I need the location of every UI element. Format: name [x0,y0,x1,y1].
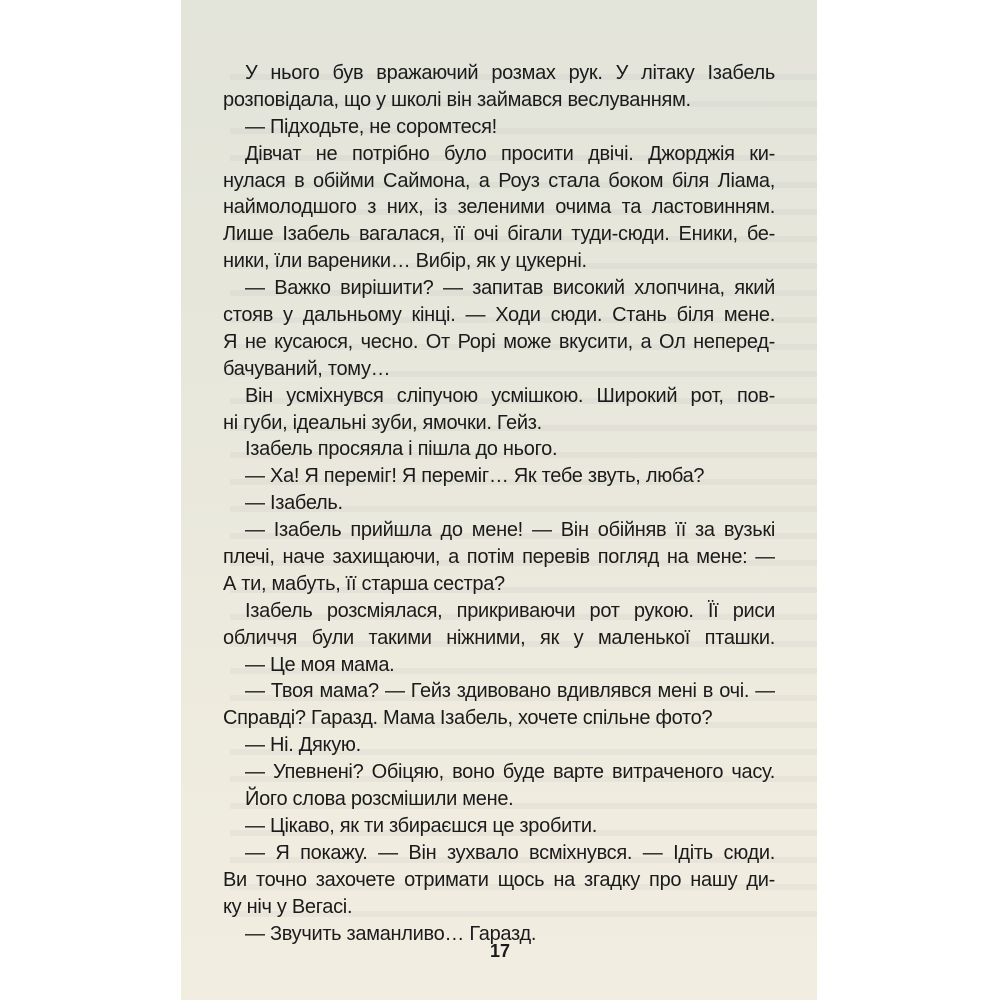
text-line: Лише Ізабель вагалася, її очі бігали туд… [223,221,775,248]
text-line: обличчя були такими ніжними, як у малень… [223,625,775,652]
text-line: Справді? Гаразд. Мама Ізабель, хочете сп… [223,705,775,732]
text-line: Ізабель просяяла і пішла до нього. [223,436,775,463]
text-line: — Ха! Я переміг! Я переміг… Як тебе звут… [223,463,775,490]
text-line: — Ізабель. [223,490,775,517]
text-line: — Підходьте, не соромтеся! [223,114,775,141]
text-line: розповідала, що у школі він займався вес… [223,87,775,114]
text-line: ні губи, ідеальні зуби, ямочки. Гейз. [223,410,775,437]
text-line: нулася в обійми Саймона, а Роуз стала бо… [223,168,775,195]
text-line: бачуваний, тому… [223,356,775,383]
text-line: Він усміхнувся сліпучою усмішкою. Широки… [223,383,775,410]
text-line: А ти, мабуть, її старша сестра? [223,571,775,598]
text-line: — Важко вирішити? — запитав високий хлоп… [223,275,775,302]
text-line: ку ніч у Вегасі. [223,894,775,921]
text-line: Я не кусаюся, чесно. От Рорі може вкусит… [223,329,775,356]
page-body-text: У нього був вражаючий розмах рук. У літа… [223,60,775,947]
text-line: — Упевнені? Обіцяю, воно буде варте витр… [223,759,775,786]
text-line: — Я покажу. — Він зухвало всміхнувся. — … [223,840,775,867]
text-line: Ізабель розсміялася, прикриваючи рот рук… [223,598,775,625]
text-line: ники, їли вареники… Вибір, як у цукерні. [223,248,775,275]
text-line: У нього був вражаючий розмах рук. У літа… [223,60,775,87]
text-line: — Ні. Дякую. [223,732,775,759]
text-line: — Ізабель прийшла до мене! — Він обійняв… [223,517,775,544]
text-line: наймолодшого з них, із зеленими очима та… [223,194,775,221]
text-line: — Твоя мама? — Гейз здивовано вдивлявся … [223,678,775,705]
text-line: стояв у дальньому кінці. — Ходи сюди. Ст… [223,302,775,329]
text-line: Дівчат не потрібно було просити двічі. Д… [223,141,775,168]
text-line: плечі, наче захищаючи, а потім перевів п… [223,544,775,571]
text-line: — Цікаво, як ти збираєшся це зробити. [223,813,775,840]
text-line: Його слова розсмішили мене. [223,786,775,813]
text-line: Ви точно захочете отримати щось на згадк… [223,867,775,894]
page-number: 17 [0,941,1000,962]
text-line: — Це моя мама. [223,652,775,679]
